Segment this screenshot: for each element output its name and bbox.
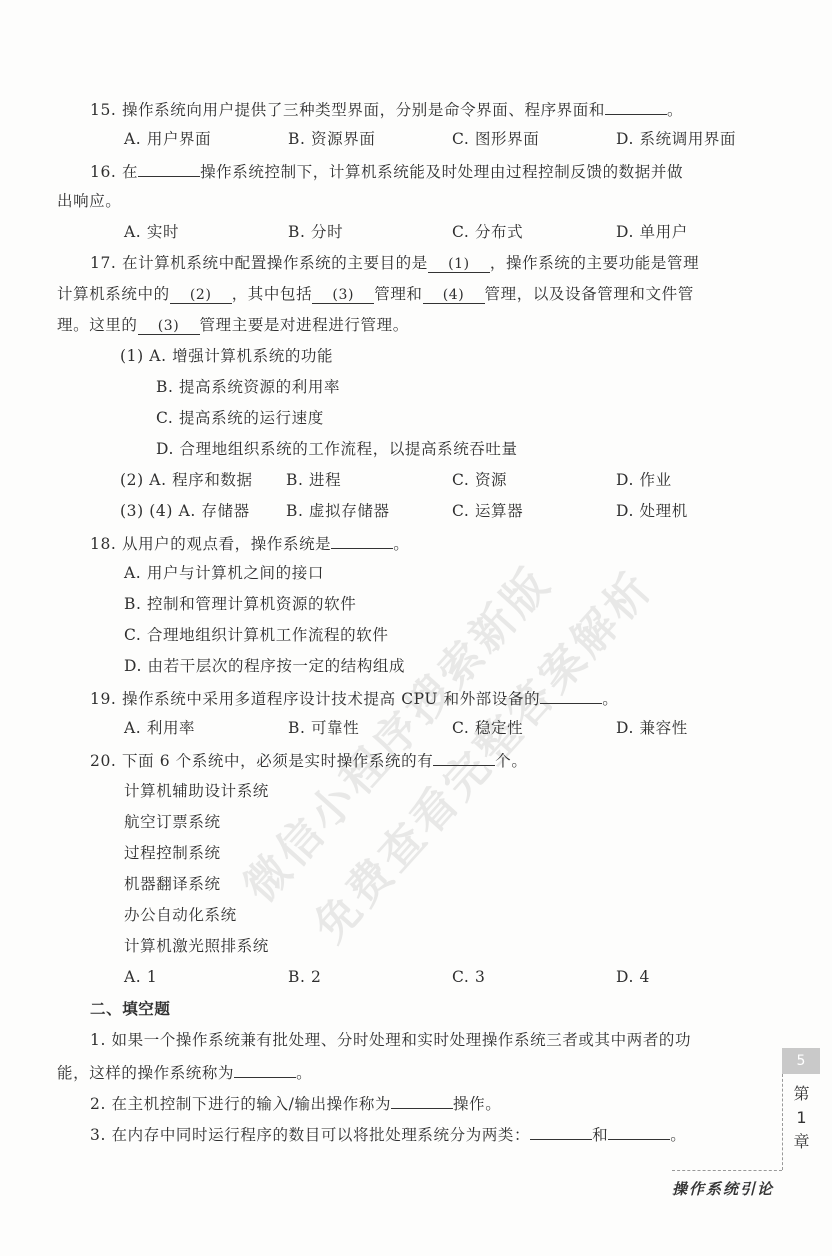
- option-a: (2) A. 程序和数据: [120, 470, 253, 490]
- answer-blank: [433, 749, 495, 766]
- option-b: B. 分时: [288, 222, 343, 242]
- fill-3: 3. 在内存中同时运行程序的数目可以将批处理系统分为两类：和。: [90, 1123, 686, 1145]
- question-18-stem: 18. 从用户的观点看，操作系统是。: [90, 532, 409, 554]
- system-item: 计算机辅助设计系统: [124, 781, 269, 801]
- question-15-stem: 15. 操作系统向用户提供了三种类型界面，分别是命令界面、程序界面和。: [90, 98, 683, 120]
- answer-blank-3-ref: (3): [138, 318, 200, 335]
- question-17-sub1-c: C. 提高系统的运行速度: [156, 408, 324, 428]
- question-18-option-c: C. 合理地组织计算机工作流程的软件: [124, 625, 388, 645]
- answer-blank: [391, 1092, 453, 1109]
- option-c: C. 3: [452, 967, 485, 987]
- section-title: 二、填空题: [90, 999, 171, 1019]
- question-17-line-2: 计算机系统中的(2)，其中包括(3)管理和(4)管理，以及设备管理和文件管: [57, 284, 694, 304]
- system-item: 航空订票系统: [124, 812, 221, 832]
- answer-blank-2: (2): [170, 287, 232, 304]
- page-number: 5: [782, 1048, 820, 1074]
- option-b: B. 资源界面: [288, 129, 375, 149]
- question-18-option-d: D. 由若干层次的程序按一定的结构组成: [124, 656, 405, 676]
- option-d: D. 4: [616, 967, 650, 987]
- system-item: 计算机激光照排系统: [124, 936, 269, 956]
- question-16-stem: 16. 在操作系统控制下，计算机系统能及时处理由过程控制反馈的数据并做: [90, 160, 683, 182]
- question-17-sub1-b: B. 提高系统资源的利用率: [156, 377, 340, 397]
- answer-blank: [540, 687, 602, 704]
- question-18-option-b: B. 控制和管理计算机资源的软件: [124, 594, 356, 614]
- option-d: D. 处理机: [616, 501, 688, 521]
- option-d: D. 单用户: [616, 222, 688, 242]
- option-d: D. 系统调用界面: [616, 129, 736, 149]
- chapter-side-tab: 5 第 1 章: [782, 1048, 820, 1170]
- question-17-sub1-a: (1) A. 增强计算机系统的功能: [120, 346, 333, 366]
- option-c: C. 资源: [452, 470, 507, 490]
- fill-2: 2. 在主机控制下进行的输入/输出操作称为操作。: [90, 1092, 501, 1114]
- chapter-label: 第 1 章: [782, 1074, 820, 1170]
- footer-divider: [672, 1170, 782, 1171]
- option-b: B. 2: [288, 967, 322, 987]
- question-18-option-a: A. 用户与计算机之间的接口: [124, 563, 324, 583]
- question-17-line-3: 理。这里的(3)管理主要是对进程进行管理。: [57, 315, 409, 335]
- system-item: 过程控制系统: [124, 843, 221, 863]
- option-b: B. 进程: [286, 470, 341, 490]
- running-footer-title: 操作系统引论: [672, 1178, 774, 1199]
- question-17-line-1: 17. 在计算机系统中配置操作系统的主要目的是(1)，操作系统的主要功能是管理: [90, 253, 699, 273]
- option-c: C. 运算器: [452, 501, 523, 521]
- answer-blank: [605, 98, 667, 115]
- answer-blank-4: (4): [423, 287, 485, 304]
- option-d: D. 作业: [616, 470, 672, 490]
- option-c: C. 图形界面: [452, 129, 539, 149]
- answer-blank-2: [608, 1123, 670, 1140]
- option-a: A. 利用率: [124, 718, 195, 738]
- question-19-stem: 19. 操作系统中采用多道程序设计技术提高 CPU 和外部设备的。: [90, 687, 618, 709]
- option-b: B. 可靠性: [288, 718, 359, 738]
- option-a: A. 实时: [124, 222, 179, 242]
- answer-blank: [331, 532, 393, 549]
- option-a: A. 用户界面: [124, 129, 211, 149]
- answer-blank-1: (1): [428, 256, 490, 273]
- option-d: D. 兼容性: [616, 718, 688, 738]
- option-b: B. 虚拟存储器: [286, 501, 390, 521]
- fill-1-line-1: 1. 如果一个操作系统兼有批处理、分时处理和实时处理操作系统三者或其中两者的功: [90, 1030, 691, 1050]
- textbook-page: 微信小程序搜索新版 免费查看完整答案解析 15. 操作系统向用户提供了三种类型界…: [0, 0, 832, 1256]
- system-item: 机器翻译系统: [124, 874, 221, 894]
- answer-blank-3: (3): [312, 287, 374, 304]
- option-a: (3) (4) A. 存储器: [120, 501, 250, 521]
- question-20-stem: 20. 下面 6 个系统中，必须是实时操作系统的有个。: [90, 749, 528, 771]
- answer-blank: [138, 160, 200, 177]
- question-17-sub1-d: D. 合理地组织系统的工作流程，以提高系统吞吐量: [156, 439, 518, 459]
- system-item: 办公自动化系统: [124, 905, 237, 925]
- option-a: A. 1: [124, 967, 157, 987]
- option-c: C. 稳定性: [452, 718, 523, 738]
- fill-1-line-2: 能，这样的操作系统称为。: [57, 1061, 312, 1083]
- answer-blank-1: [530, 1123, 592, 1140]
- option-c: C. 分布式: [452, 222, 523, 242]
- answer-blank: [234, 1061, 296, 1078]
- question-16-stem-cont: 出响应。: [57, 191, 121, 211]
